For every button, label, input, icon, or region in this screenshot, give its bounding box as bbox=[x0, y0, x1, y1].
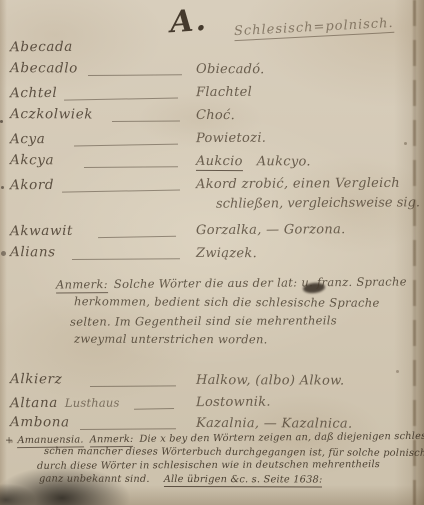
dash-line bbox=[88, 74, 182, 76]
dash-line bbox=[98, 236, 176, 238]
dash-line bbox=[80, 428, 176, 430]
headword: Acya bbox=[10, 131, 45, 147]
translation: Powietozi. bbox=[196, 131, 266, 146]
dash-line bbox=[74, 144, 178, 147]
headword-gloss: Lusthaus bbox=[65, 396, 120, 410]
dash-line bbox=[64, 98, 178, 101]
note-line: zweymal unterstrichen worden. bbox=[74, 332, 268, 347]
translation: Akord zrobić, einen Vergleich bbox=[196, 176, 400, 192]
dash-line bbox=[84, 166, 178, 168]
headword-text: Altana bbox=[10, 395, 58, 411]
translation: Związek. bbox=[196, 246, 257, 261]
dash-line bbox=[72, 258, 180, 260]
note-text: Solche Wörter die aus der lat: u. franz.… bbox=[114, 274, 407, 291]
entry-row: Abecada bbox=[0, 37, 424, 62]
footnote-line: schen mancher dieses Wörterbuch durchgeg… bbox=[44, 446, 424, 459]
translation-underlined: Aukcio bbox=[196, 154, 243, 171]
headword: Alians bbox=[10, 244, 56, 260]
headword: Aczkolwiek bbox=[10, 106, 93, 122]
headword: Achtel bbox=[10, 85, 57, 101]
headword: AltanaLusthaus bbox=[10, 395, 120, 412]
dash-line bbox=[134, 408, 174, 410]
translation: Gorzalka, — Gorzona. bbox=[196, 222, 346, 238]
entry-row: Akcya AukcioAukcyo. bbox=[0, 152, 424, 176]
translation: Halkow, (albo) Alkow. bbox=[196, 373, 344, 389]
note-line: selten. Im Gegentheil sind sie mehrenthe… bbox=[70, 313, 337, 328]
headword: Akord bbox=[10, 177, 54, 193]
entry-row: Akwawit Gorzalka, — Gorzona. bbox=[0, 221, 424, 246]
footnote-line: durch diese Wörter in schlesischen wie i… bbox=[37, 459, 380, 472]
translation: Obiecadó. bbox=[196, 62, 265, 77]
dash-line bbox=[62, 189, 180, 192]
translation-alt: Aukcyo. bbox=[257, 154, 311, 169]
translation-continued: schließen, vergleichsweise sig. bbox=[216, 195, 420, 211]
headword: Akwawit bbox=[10, 223, 73, 239]
dash-line bbox=[112, 120, 180, 122]
entry-row: Alkierz Halkow, (albo) Alkow. bbox=[0, 371, 424, 395]
dash-line bbox=[90, 385, 176, 387]
translation: Choć. bbox=[196, 108, 235, 123]
headword: Abecadlo bbox=[10, 60, 78, 76]
footnote-line: ganz unbekannt sind.Alle übrigen &c. s. … bbox=[39, 474, 323, 486]
footnote-reference: Alle übrigen &c. s. Seite 1638: bbox=[164, 474, 323, 488]
translation: Kazalnia, — Kazalnica. bbox=[196, 416, 352, 432]
section-letter: A. bbox=[169, 3, 209, 41]
entry-row: Abecadlo Obiecadó. bbox=[0, 60, 424, 84]
headword: Abecada bbox=[10, 39, 73, 55]
note-line: herkommen, bedient sich die schlesische … bbox=[74, 294, 380, 310]
manuscript-scan: A. Schlesisch=polnisch. Abecada Abecadlo… bbox=[0, 0, 424, 505]
entry-row: Alians Związek. bbox=[0, 244, 424, 268]
entry-row: Achtel Flachtel bbox=[0, 83, 424, 108]
headword: Alkierz bbox=[10, 371, 62, 387]
entry-row: Acya Powietozi. bbox=[0, 129, 424, 154]
note-label: Anmerk: bbox=[56, 277, 108, 293]
translation: Flachtel bbox=[196, 85, 252, 100]
cross-mark: + bbox=[5, 435, 14, 446]
translation: Lostownik. bbox=[196, 395, 271, 410]
footnote-text: ganz unbekannt sind. bbox=[39, 474, 150, 485]
headword: Akcya bbox=[10, 152, 54, 168]
entry-row: Aczkolwiek Choć. bbox=[0, 106, 424, 130]
headword: Ambona bbox=[10, 414, 70, 430]
translation: AukcioAukcyo. bbox=[196, 154, 311, 170]
